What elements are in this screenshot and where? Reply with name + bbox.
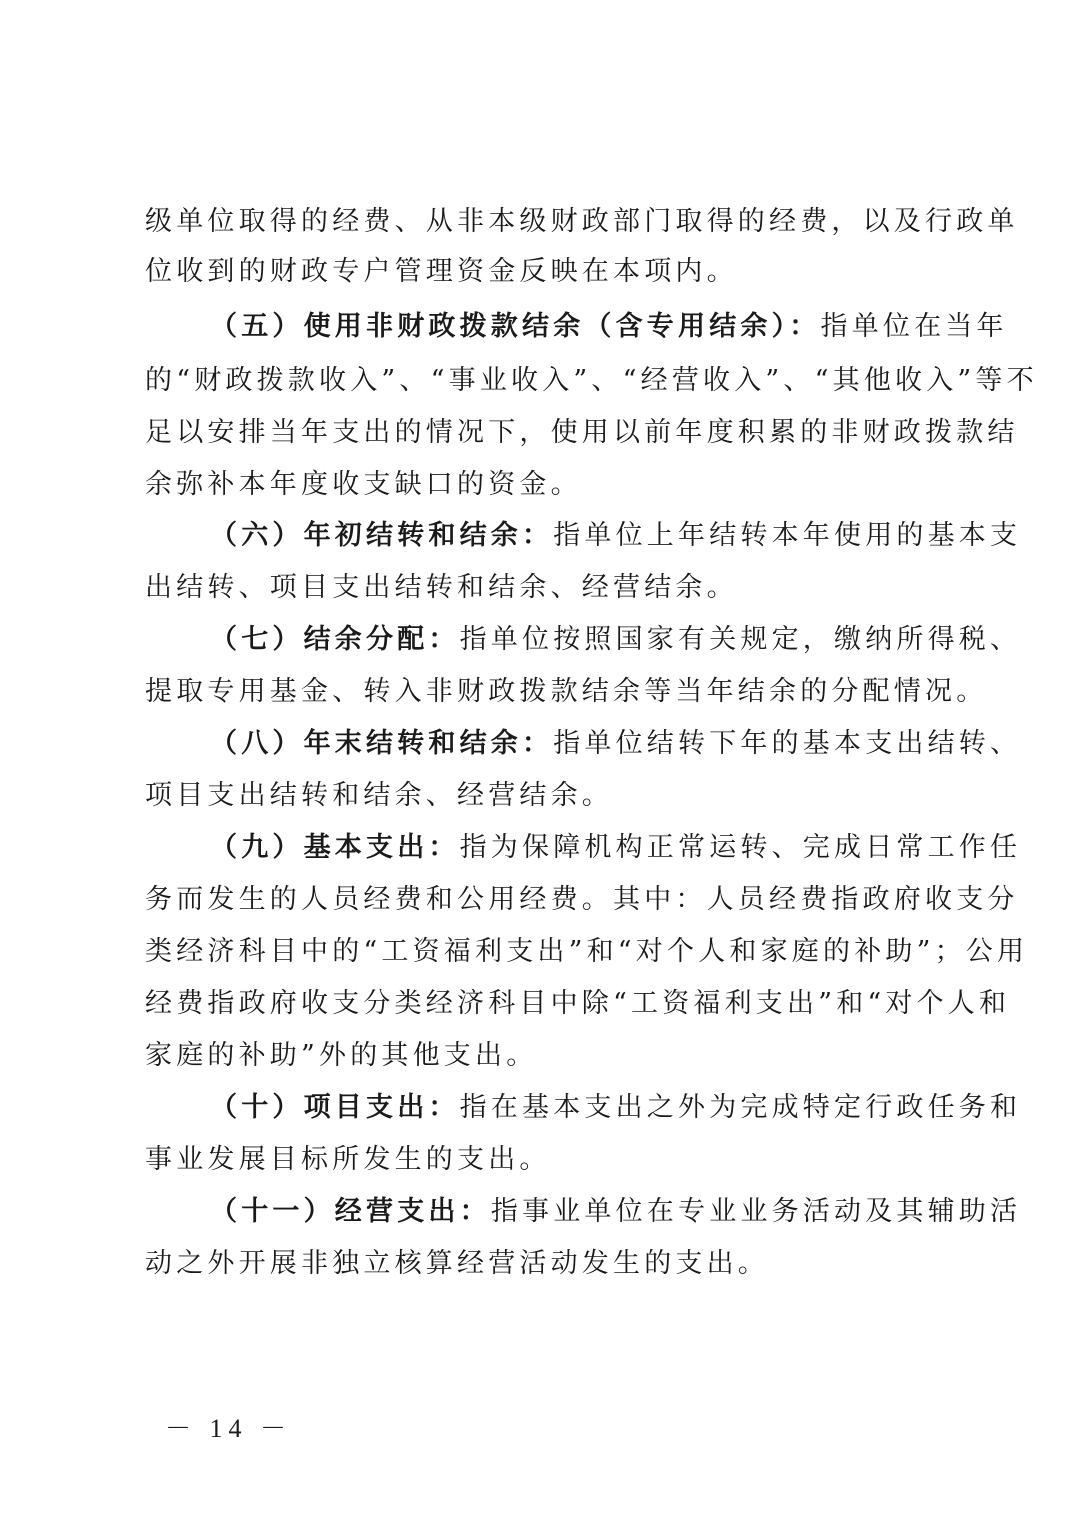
item-heading: （五）使用非财政拨款结余（含专用结余）： <box>210 311 821 342</box>
item-heading: （九）基本支出： <box>210 832 460 863</box>
paragraph-item-6-first-line: （六）年初结转和结余：指单位上年结转本年使用的基本支 <box>210 516 1010 556</box>
text-line: 的“财政拨款收入”、“事业收入”、“经营收入”、“其他收入”等不 <box>145 361 945 401</box>
paragraph-item-7-first-line: （七）结余分配：指单位按照国家有关规定，缴纳所得税、 <box>210 620 1010 660</box>
text-line: 类经济科目中的“工资福利支出”和“对个人和家庭的补助”；公用 <box>145 932 945 972</box>
paragraph-item-8-first-line: （八）年末结转和结余：指单位结转下年的基本支出结转、 <box>210 724 1010 764</box>
item-text: 指事业单位在专业业务活动及其辅助活 <box>491 1196 1021 1227</box>
paragraph-item-11-first-line: （十一）经营支出：指事业单位在专业业务活动及其辅助活 <box>210 1192 1010 1232</box>
item-heading: （七）结余分配： <box>210 624 460 655</box>
text-line: 事业发展目标所发生的支出。 <box>145 1140 945 1180</box>
item-text: 指单位结转下年的基本支出结转、 <box>553 728 1021 759</box>
text-line: 余弥补本年度收支缺口的资金。 <box>145 465 945 505</box>
paragraph-item-9-first-line: （九）基本支出：指为保障机构正常运转、完成日常工作任 <box>210 828 1010 868</box>
text-line: 级单位取得的经费、从非本级财政部门取得的经费，以及行政单 <box>145 202 945 242</box>
item-text: 指单位在当年 <box>821 311 1008 342</box>
text-line: 项目支出结转和结余、经营结余。 <box>145 776 945 816</box>
item-text: 指为保障机构正常运转、完成日常工作任 <box>460 832 1022 863</box>
item-heading: （八）年末结转和结余： <box>210 728 553 759</box>
item-text: 指单位上年结转本年使用的基本支 <box>553 520 1021 551</box>
text-line: 提取专用基金、转入非财政拨款结余等当年结余的分配情况。 <box>145 672 945 712</box>
item-heading: （六）年初结转和结余： <box>210 520 553 551</box>
paragraph-item-10-first-line: （十）项目支出：指在基本支出之外为完成特定行政任务和 <box>210 1088 1010 1128</box>
item-text: 指在基本支出之外为完成特定行政任务和 <box>460 1092 1022 1123</box>
item-text: 指单位按照国家有关规定，缴纳所得税、 <box>460 624 1022 655</box>
item-heading: （十一）经营支出： <box>210 1196 491 1227</box>
document-page: 级单位取得的经费、从非本级财政部门取得的经费，以及行政单 位收到的财政专户管理资… <box>0 0 1075 1520</box>
item-heading: （十）项目支出： <box>210 1092 460 1123</box>
text-line: 务而发生的人员经费和公用经费。其中：人员经费指政府收支分 <box>145 880 945 920</box>
page-number: － 14 － <box>165 1408 292 1445</box>
text-line: 家庭的补助”外的其他支出。 <box>145 1036 945 1076</box>
text-line: 足以安排当年支出的情况下，使用以前年度积累的非财政拨款结 <box>145 413 945 453</box>
text-line: 出结转、项目支出结转和结余、经营结余。 <box>145 568 945 608</box>
paragraph-item-5-first-line: （五）使用非财政拨款结余（含专用结余）：指单位在当年 <box>210 307 1010 347</box>
text-line: 位收到的财政专户管理资金反映在本项内。 <box>145 252 945 292</box>
text-line: 动之外开展非独立核算经营活动发生的支出。 <box>145 1244 945 1284</box>
text-line: 经费指政府收支分类经济科目中除“工资福利支出”和“对个人和 <box>145 984 945 1024</box>
